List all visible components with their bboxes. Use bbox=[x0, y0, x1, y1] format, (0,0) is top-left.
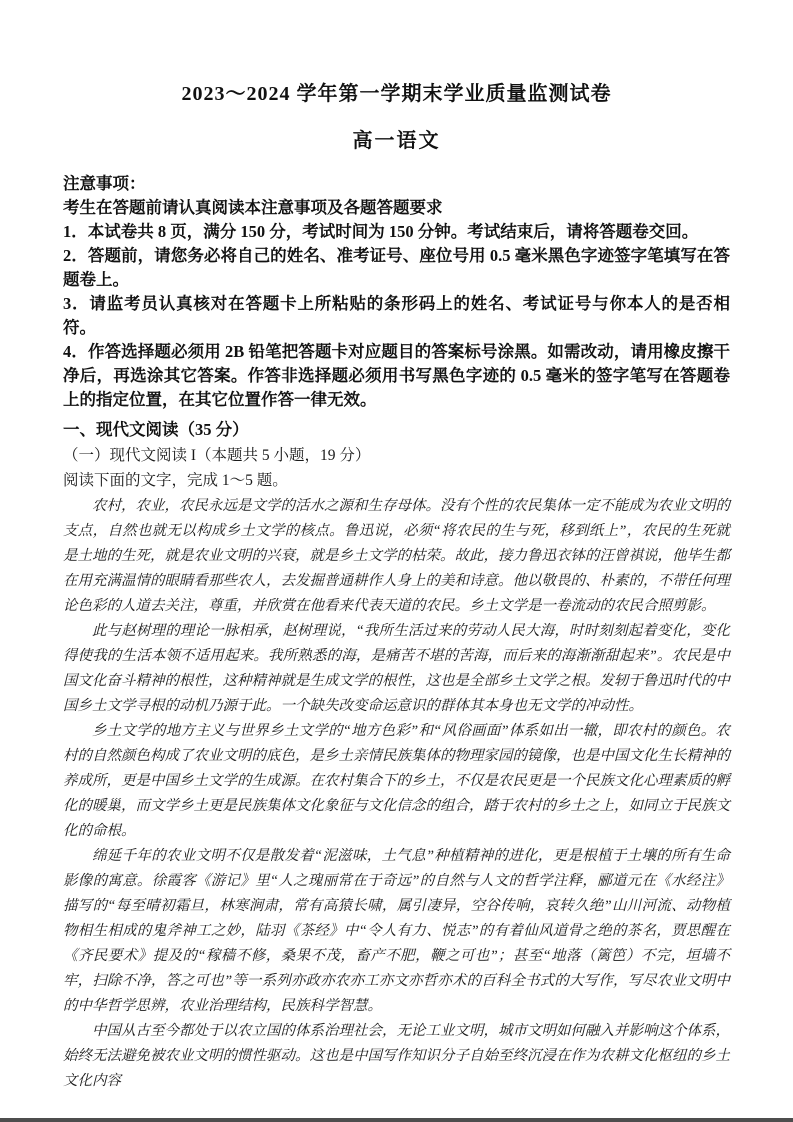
screenshot-bottom-edge bbox=[0, 1118, 793, 1122]
passage-paragraph-4: 绵延千年的农业文明不仅是散发着“泥滋味，土气息”种植精神的进化，更是根植于土壤的… bbox=[63, 844, 730, 1019]
page-title: 2023～2024 学年第一学期末学业质量监测试卷 bbox=[63, 80, 730, 108]
notice-heading: 注意事项： bbox=[63, 172, 730, 196]
page-subject: 高一语文 bbox=[63, 127, 730, 155]
passage-paragraph-2: 此与赵树理的理论一脉相承，赵树理说，“我所生活过来的劳动人民大海，时时刻刻起着变… bbox=[63, 619, 730, 719]
notice-item-3: 3．请监考员认真核对在答题卡上所粘贴的条形码上的姓名、考试证号与你本人的是否相符… bbox=[63, 292, 730, 340]
reading-passage: 农村，农业，农民永远是文学的活水之源和生存母体。没有个性的农民集体一定不能成为农… bbox=[63, 494, 730, 1094]
notice-item-4: 4．作答选择题必须用 2B 铅笔把答题卡对应题目的答案标号涂黑。如需改动，请用橡… bbox=[63, 340, 730, 412]
notice-section: 注意事项： 考生在答题前请认真阅读本注意事项及各题答题要求 1．本试卷共 8 页… bbox=[63, 172, 730, 412]
exam-paper-page: 2023～2024 学年第一学期末学业质量监测试卷 高一语文 注意事项： 考生在… bbox=[0, 0, 793, 1122]
passage-paragraph-5: 中国从古至今都处于以农立国的体系治理社会，无论工业文明，城市文明如何融入并影响这… bbox=[63, 1019, 730, 1094]
notice-item-1: 1．本试卷共 8 页，满分 150 分，考试时间为 150 分钟。考试结束后，请… bbox=[63, 220, 730, 244]
notice-intro: 考生在答题前请认真阅读本注意事项及各题答题要求 bbox=[63, 196, 730, 220]
section-heading: 一、现代文阅读（35 分） bbox=[63, 417, 730, 443]
section-subheading: （一）现代文阅读 I（本题共 5 小题，19 分） bbox=[63, 443, 730, 468]
notice-item-2: 2．答题前，请您务必将自己的姓名、准考证号、座位号用 0.5 毫米黑色字迹签字笔… bbox=[63, 244, 730, 292]
page-content: 2023～2024 学年第一学期末学业质量监测试卷 高一语文 注意事项： 考生在… bbox=[0, 0, 793, 1094]
passage-paragraph-3: 乡土文学的地方主义与世界乡土文学的“地方色彩”和“风俗画面”体系如出一辙，即农村… bbox=[63, 719, 730, 844]
section-instruction: 阅读下面的文字，完成 1～5 题。 bbox=[63, 468, 730, 493]
passage-paragraph-1: 农村，农业，农民永远是文学的活水之源和生存母体。没有个性的农民集体一定不能成为农… bbox=[63, 494, 730, 619]
